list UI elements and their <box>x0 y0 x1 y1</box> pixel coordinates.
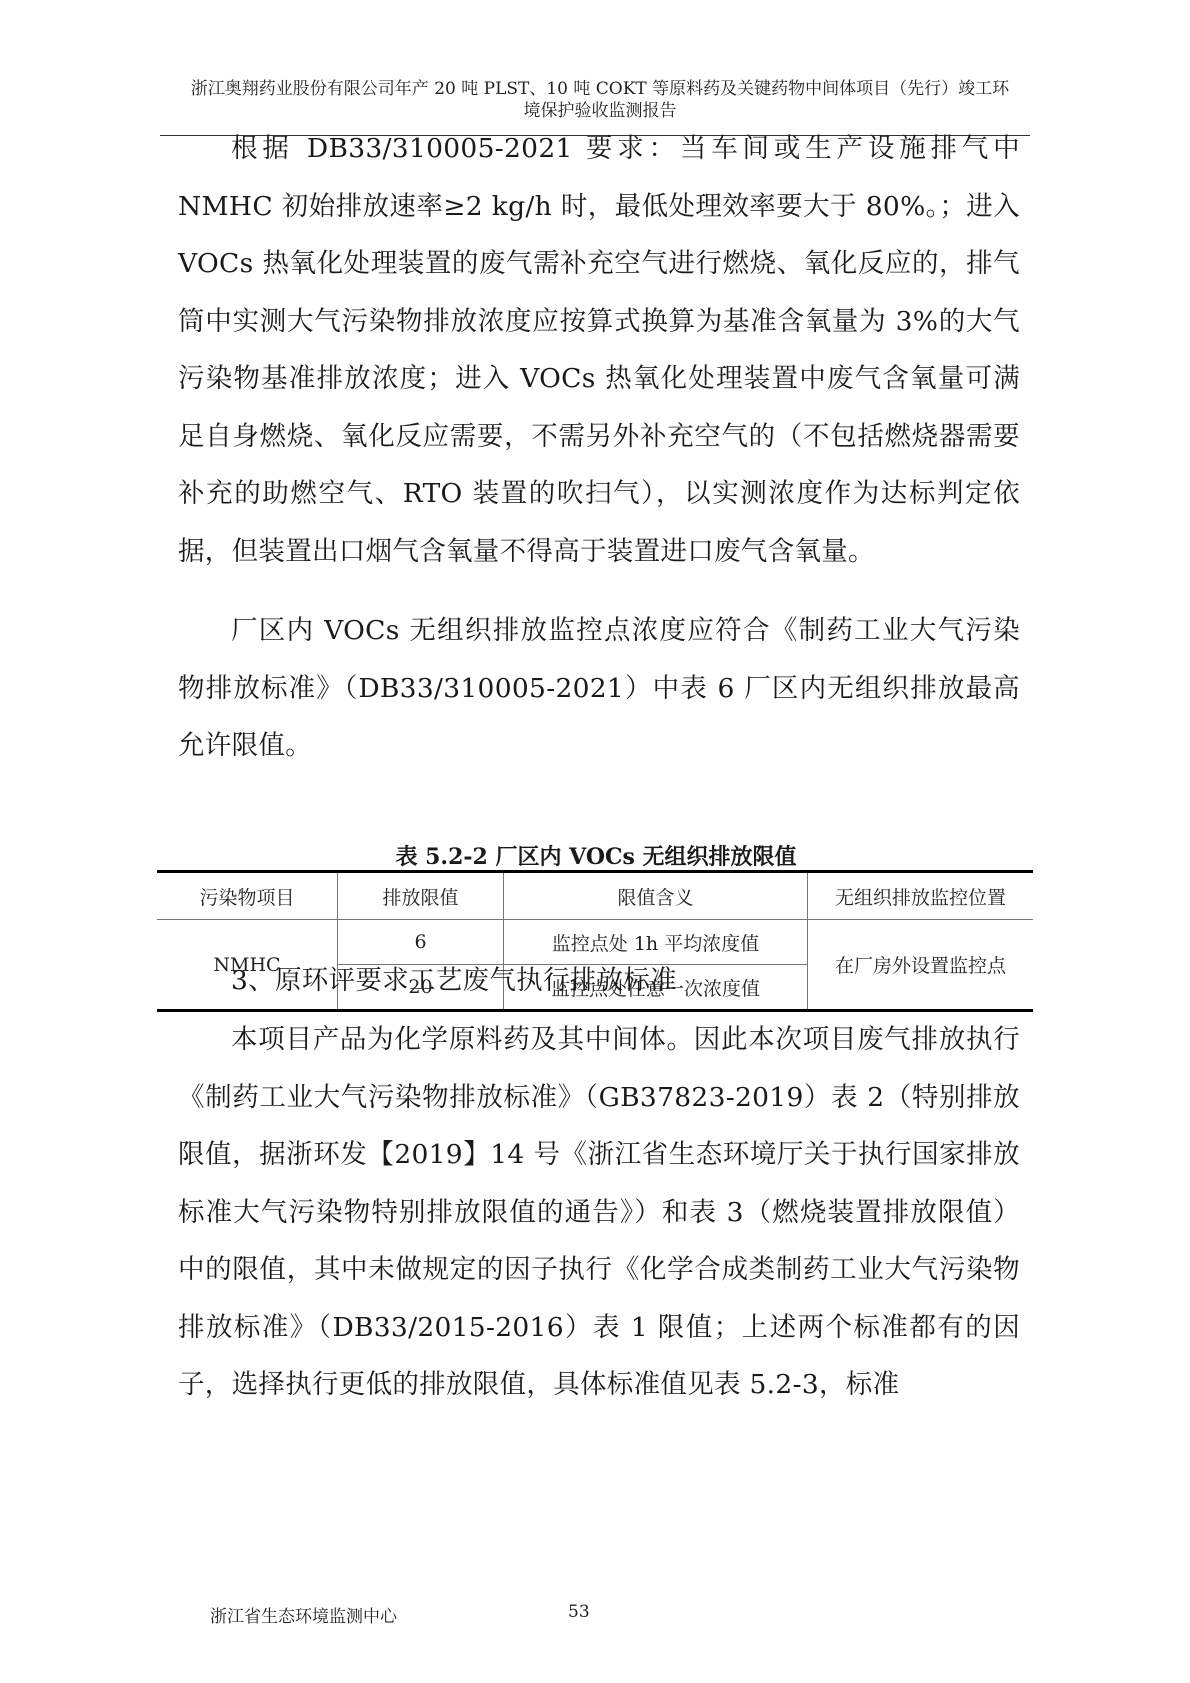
running-header: 浙江奥翔药业股份有限公司年产 20 吨 PLST、10 吨 COKT 等原料药及… <box>170 78 1030 122</box>
paragraph-vocs-fugitive: 厂区内 VOCs 无组织排放监控点浓度应符合《制药工业大气污染物排放标准》（DB… <box>178 602 1020 775</box>
col-header-meaning: 限值含义 <box>504 872 808 920</box>
header-title-line2: 境保护验收监测报告 <box>170 100 1030 122</box>
col-header-limit: 排放限值 <box>338 872 504 920</box>
header-title-line1: 浙江奥翔药业股份有限公司年产 20 吨 PLST、10 吨 COKT 等原料药及… <box>170 78 1030 100</box>
footer-organization: 浙江省生态环境监测中心 <box>210 1602 397 1627</box>
page-number: 53 <box>568 1602 590 1622</box>
paragraph-emission-standards: 本项目产品为化学原料药及其中间体。因此本次项目废气排放执行《制药工业大气污染物排… <box>178 1011 1020 1414</box>
table-caption: 表 5.2-2 厂区内 VOCs 无组织排放限值 <box>160 840 1032 871</box>
col-header-pollutant: 污染物项目 <box>157 872 338 920</box>
table-header-row: 污染物项目 排放限值 限值含义 无组织排放监控位置 <box>157 872 1033 920</box>
paragraph-db33-requirements: 根据 DB33/310005-2021 要求：当车间或生产设施排气中 NMHC … <box>178 120 1020 580</box>
col-header-location: 无组织排放监控位置 <box>808 872 1034 920</box>
section-3-heading: 3、原环评要求工艺废气执行排放标准 <box>178 952 1020 1010</box>
